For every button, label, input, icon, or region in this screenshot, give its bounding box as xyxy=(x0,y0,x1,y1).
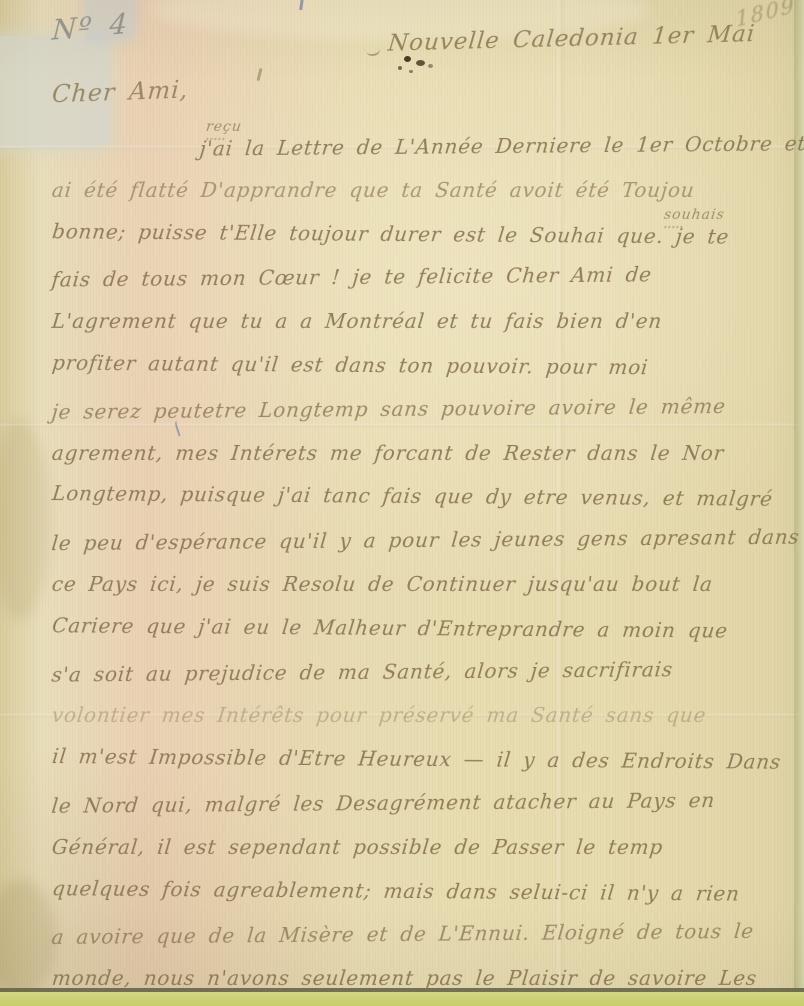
letter-line: a avoire que de la Misère et de L'Ennui.… xyxy=(52,922,794,966)
letter-line-text: quelques fois agreablement; mais dans se… xyxy=(51,876,741,905)
letter-line: monde, nous n'avons seulement pas le Pla… xyxy=(52,966,794,1006)
letter-line-text: a avoire que de la Misère et de L'Ennui.… xyxy=(51,919,756,949)
letter-line-text: L'agrement que tu a a Montréal et tu fai… xyxy=(51,309,664,333)
letter-line-text: s'a soit au prejudice de ma Santé, alors… xyxy=(51,657,675,686)
letter-line: je serez peutetre Longtemp sans pouvoire… xyxy=(52,397,794,441)
letter-line: fais de tous mon Cœur ! je te felicite C… xyxy=(52,265,794,309)
letter-line: le Nord qui, malgré les Desagrément atac… xyxy=(52,791,794,835)
archival-number: Nº 4 xyxy=(51,6,130,46)
letter-line-text: j'ai la Lettre de L'Année Derniere le 1e… xyxy=(199,131,804,160)
letter-line-text: le peu d'espérance qu'il y a pour les je… xyxy=(51,525,801,556)
letter-line: souhaisbonne; puisse t'Elle toujour dure… xyxy=(52,222,794,266)
paper-stain xyxy=(0,420,50,620)
inserted-word: reçu xyxy=(205,119,243,135)
letter-line-text: Général, il est sependant possible de Pa… xyxy=(51,835,665,859)
letter-line-text: ai été flatté D'apprandre que ta Santé a… xyxy=(51,178,696,202)
paper-stain xyxy=(0,880,56,1000)
letter-line: Longtemp, puisque j'ai tanc fais que dy … xyxy=(52,484,794,528)
ink-blot xyxy=(428,64,433,68)
stray-ink-stroke xyxy=(256,68,262,81)
letter-line-text: Cariere que j'ai eu le Malheur d'Entrepr… xyxy=(51,613,729,642)
letter-line: ce Pays ici, je suis Resolu de Continuer… xyxy=(52,572,794,616)
letter-line-text: monde, nous n'avons seulement pas le Pla… xyxy=(51,966,759,990)
letter-line: profiter autant qu'il est dans ton pouvo… xyxy=(52,353,794,397)
letter-line: il m'est Impossible d'Etre Heureux — il … xyxy=(52,747,794,791)
letter-line-text: Longtemp, puisque j'ai tanc fais que dy … xyxy=(51,482,774,512)
letter-line-text: ce Pays ici, je suis Resolu de Continuer… xyxy=(51,572,714,596)
letter-line-text: bonne; puisse t'Elle toujour durer est l… xyxy=(51,219,731,248)
letter-line: Général, il est sependant possible de Pa… xyxy=(52,835,794,879)
letter-line: le peu d'espérance qu'il y a pour les je… xyxy=(52,528,794,572)
ink-blot xyxy=(398,66,402,70)
ink-blot xyxy=(409,70,413,73)
letter-body: reçuj'ai la Lettre de L'Année Derniere l… xyxy=(52,134,794,1006)
letter-line-text: il m'est Impossible d'Etre Heureux — il … xyxy=(51,744,783,774)
letter-line-text: volontier mes Intérêts pour préservé ma … xyxy=(51,703,708,727)
flourish-mark xyxy=(365,43,381,58)
ink-blot xyxy=(404,56,411,62)
inserted-word: souhais xyxy=(663,207,726,223)
letter-line-text: je serez peutetre Longtemp sans pouvoire… xyxy=(51,394,727,424)
letter-line: Cariere que j'ai eu le Malheur d'Entrepr… xyxy=(52,616,794,660)
letter-line: volontier mes Intérêts pour préservé ma … xyxy=(52,703,794,747)
ink-blot xyxy=(416,60,425,66)
letter-line: agrement, mes Intérets me forcant de Res… xyxy=(52,441,794,485)
letter-line: reçuj'ai la Lettre de L'Année Derniere l… xyxy=(200,134,794,178)
letter-line-text: fais de tous mon Cœur ! je te felicite C… xyxy=(51,263,654,292)
letter-sheet: Nº 4 1809 Nouvelle Caledonia 1er Mai Che… xyxy=(0,0,804,1006)
salutation: Cher Ami, xyxy=(51,76,189,109)
letter-line-text: agrement, mes Intérets me forcant de Res… xyxy=(51,441,726,465)
letter-line: L'agrement que tu a a Montréal et tu fai… xyxy=(52,309,794,353)
letter-line-text: profiter autant qu'il est dans ton pouvo… xyxy=(51,351,650,380)
letter-line: s'a soit au prejudice de ma Santé, alors… xyxy=(52,660,794,704)
letter-line: quelques fois agreablement; mais dans se… xyxy=(52,879,794,923)
letter-line-text: le Nord qui, malgré les Desagrément atac… xyxy=(51,788,717,818)
